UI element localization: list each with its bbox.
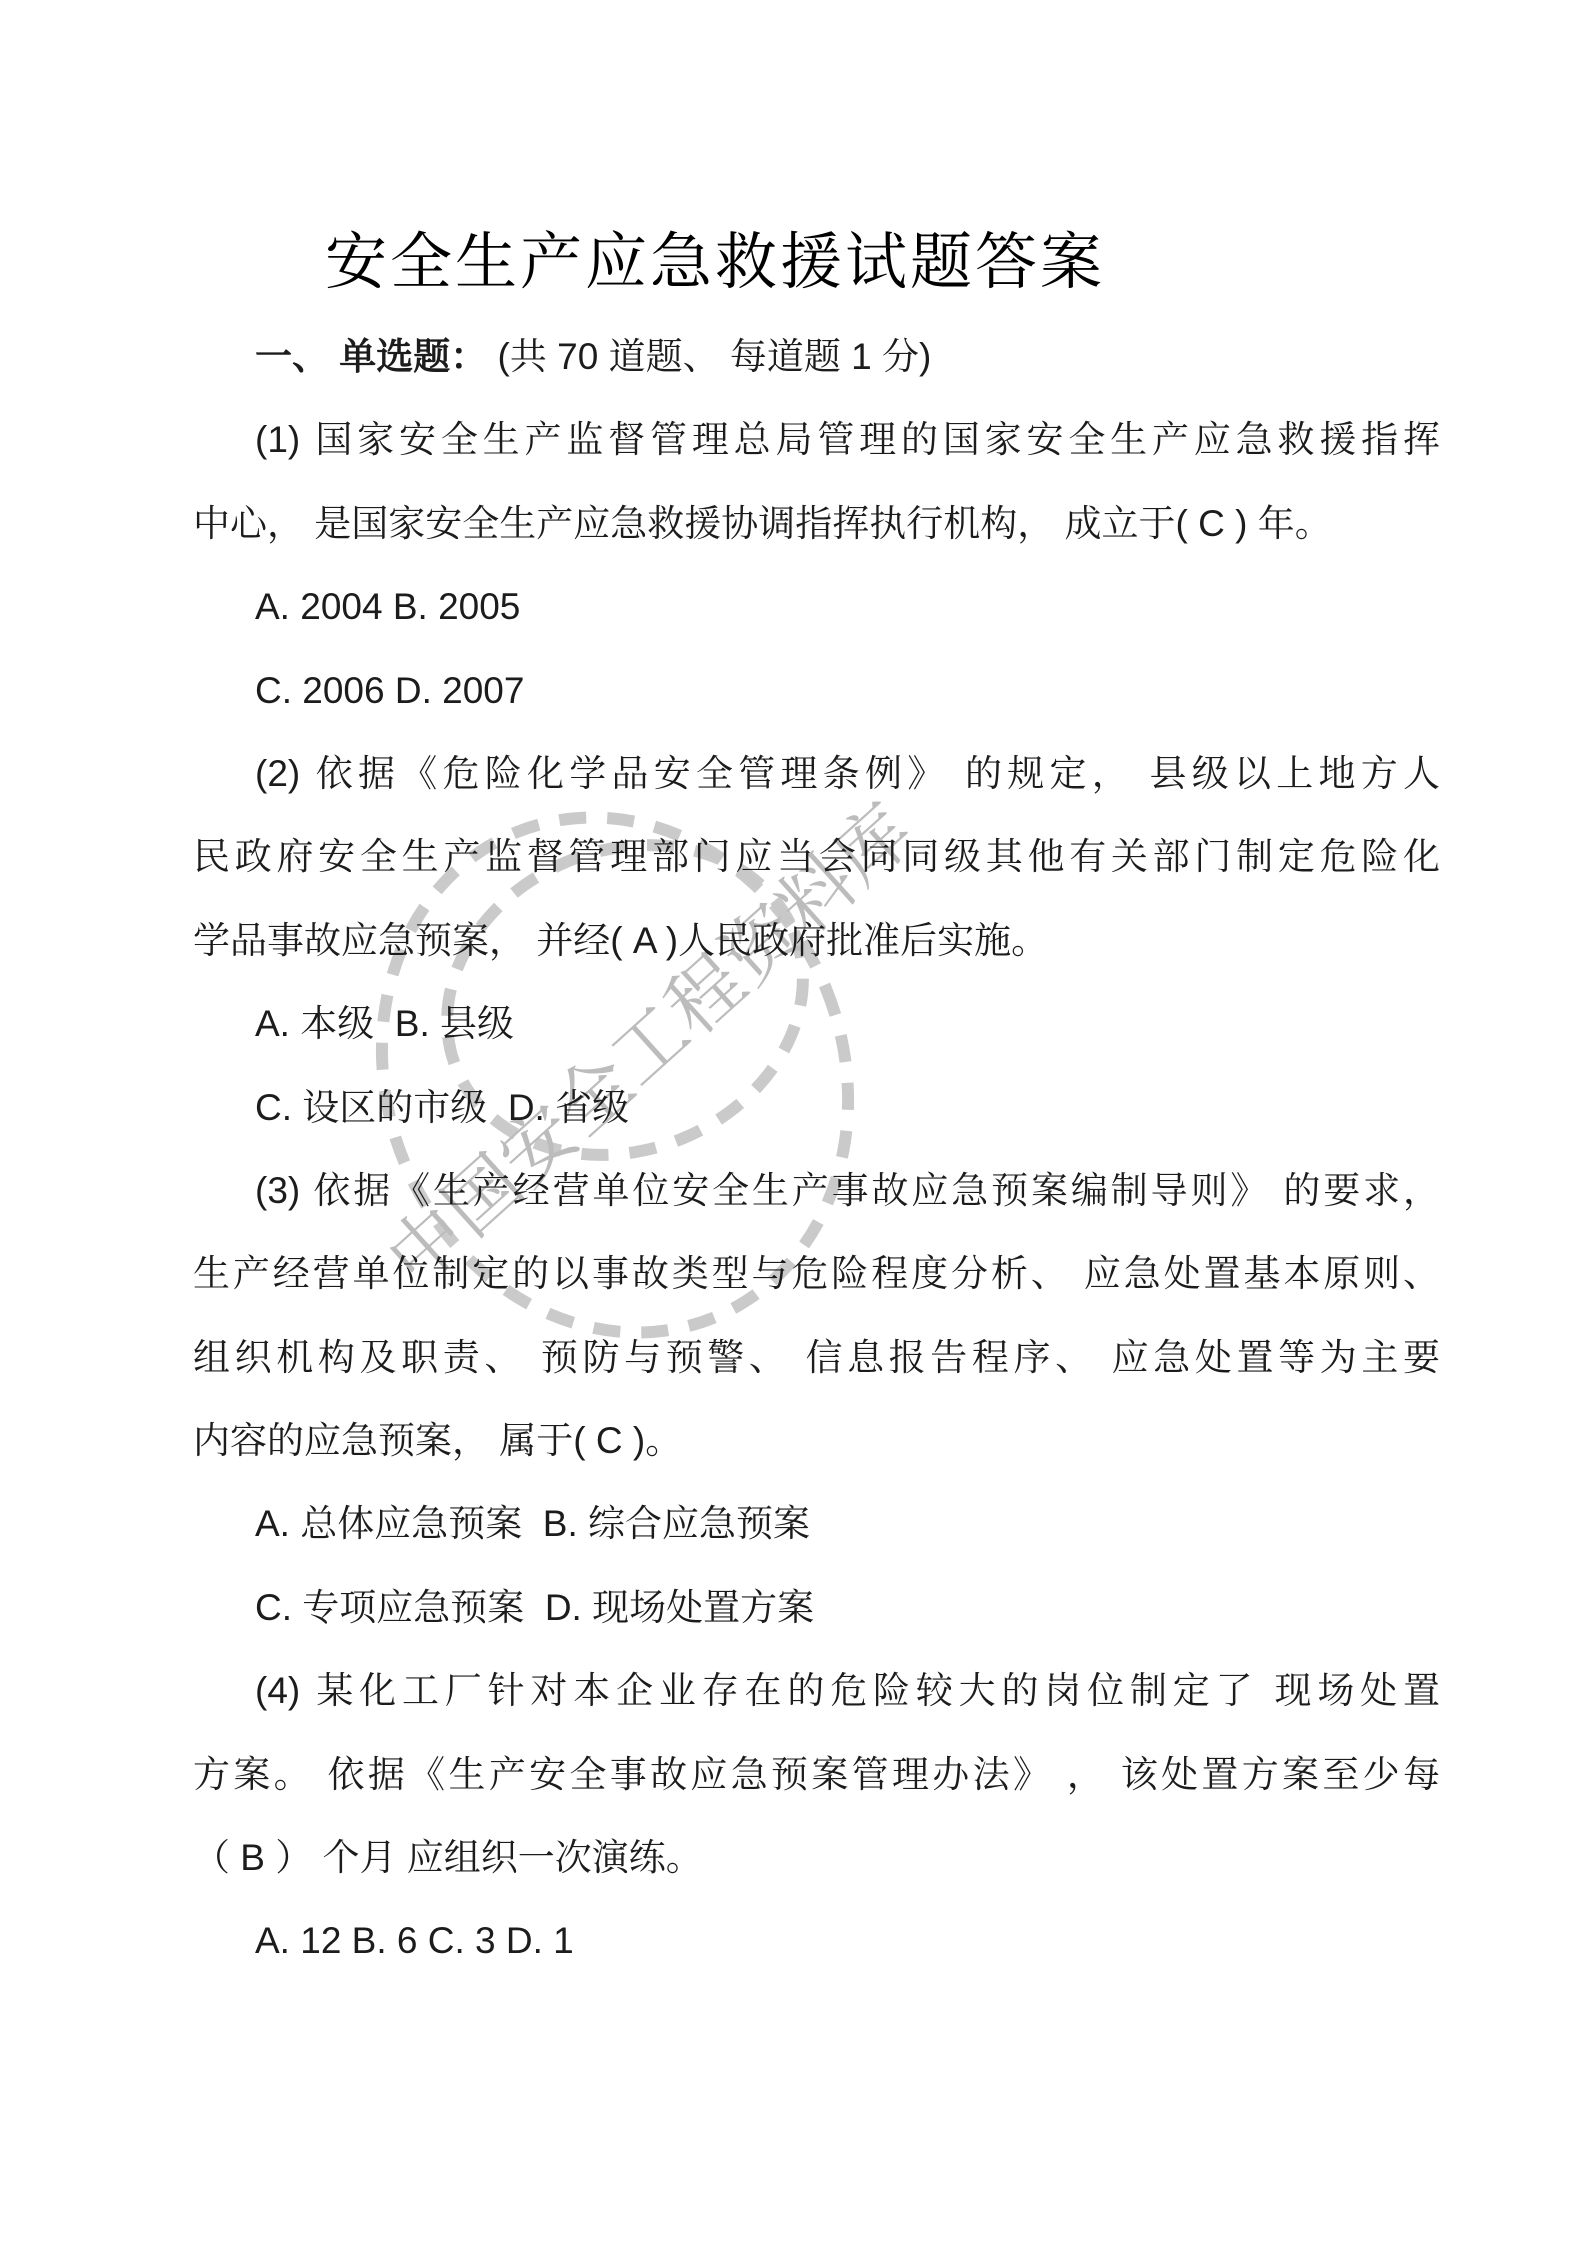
option-line: A. 本级 B. 县级	[193, 982, 1440, 1065]
option-line: C. 2006 D. 2007	[193, 649, 1440, 732]
question-line: 学品事故应急预案， 并经( A )人民政府批准后实施。	[193, 899, 1440, 982]
question-line: 生产经营单位制定的以事故类型与危险程度分析、 应急处置基本原则、	[193, 1232, 1440, 1315]
question-line: 组织机构及职责、 预防与预警、 信息报告程序、 应急处置等为主要	[193, 1316, 1440, 1399]
document-page: 中国安全工程资料库 安全生产应急救援试题答案 一、 单选题： (共 70 道题、…	[0, 0, 1587, 2245]
question-line: (2) 依据《危险化学品安全管理条例》 的规定， 县级以上地方人	[193, 732, 1440, 815]
option-line: C. 设区的市级 D. 省级	[193, 1066, 1440, 1149]
question-line: 中心， 是国家安全生产应急救援协调指挥执行机构， 成立于( C ) 年。	[193, 482, 1440, 565]
document-body: 一、 单选题： (共 70 道题、 每道题 1 分) (1) 国家安全生产监督管…	[193, 315, 1440, 1983]
option-line: A. 总体应急预案 B. 综合应急预案	[193, 1482, 1440, 1565]
question-line: （ B ） 个月 应组织一次演练。	[193, 1816, 1440, 1899]
section-heading-info: (共 70 道题、 每道题 1 分)	[487, 336, 931, 377]
document-title: 安全生产应急救援试题答案	[0, 212, 1430, 301]
question-line: (4) 某化工厂针对本企业存在的危险较大的岗位制定了 现场处置	[193, 1649, 1440, 1732]
option-line: A. 2004 B. 2005	[193, 565, 1440, 648]
question-line: (3) 依据《生产经营单位安全生产事故应急预案编制导则》 的要求，	[193, 1149, 1440, 1232]
question-line: 民政府安全生产监督管理部门应当会同同级其他有关部门制定危险化	[193, 815, 1440, 898]
question-line: (1) 国家安全生产监督管理总局管理的国家安全生产应急救援指挥	[193, 398, 1440, 481]
section-heading: 一、 单选题： (共 70 道题、 每道题 1 分)	[193, 315, 1440, 398]
question-line: 内容的应急预案， 属于( C )。	[193, 1399, 1440, 1482]
section-heading-label: 一、 单选题：	[255, 336, 487, 377]
option-line: A. 12 B. 6 C. 3 D. 1	[193, 1899, 1440, 1982]
question-line: 方案。 依据《生产安全事故应急预案管理办法》 ， 该处置方案至少每	[193, 1733, 1440, 1816]
option-line: C. 专项应急预案 D. 现场处置方案	[193, 1566, 1440, 1649]
